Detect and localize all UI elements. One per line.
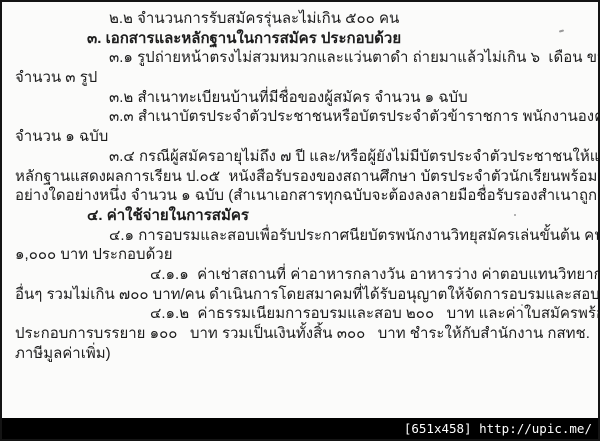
text-line: ๓.๒ สำเนาทะเบียนบ้านที่มีชื่อของผู้สมัคร…	[109, 88, 590, 108]
document-text: ๒.๒ จำนวนการรับสมัครรุ่นละไม่เกิน ๕๐๐ คน…	[2, 2, 598, 418]
scan-speck	[521, 304, 523, 306]
text-line: ๒.๒ จำนวนการรับสมัครรุ่นละไม่เกิน ๕๐๐ คน	[109, 9, 590, 29]
text-line: ๓.๓ สำเนาบัตรประจำตัวประชาชนหรือบัตรประจ…	[109, 107, 590, 127]
scanned-document-page: ๒.๒ จำนวนการรับสมัครรุ่นละไม่เกิน ๕๐๐ คน…	[0, 0, 600, 441]
watermark-text: [651x458] http://upic.me/	[404, 421, 592, 436]
text-line: ๔.๑ การอบรมและสอบเพื่อรับประกาศนียบัตรพน…	[109, 226, 590, 246]
text-line: ประกอบการบรรยาย ๑๐๐ บาท รวมเป็นเงินทั้งส…	[15, 324, 590, 344]
text-line: ๔.๑.๑ ค่าเช่าสถานที่ ค่าอาหารกลางวัน อาห…	[150, 265, 590, 285]
text-line: ภาษีมูลค่าเพิ่ม)	[15, 344, 590, 364]
text-line: จำนวน ๓ รูป	[15, 68, 590, 88]
text-line: อย่างใดอย่างหนึ่ง จำนวน ๑ ฉบับ (สำเนาเอก…	[15, 186, 590, 206]
text-line: ๓. เอกสารและหลักฐานในการสมัคร ประกอบด้วย	[87, 29, 590, 49]
scan-speck	[514, 214, 516, 216]
text-line: ๑,๐๐๐ บาท ประกอบด้วย	[15, 245, 590, 265]
text-line: ๔.๑.๒ ค่าธรรมเนียมการอบรมและสอบ ๒๐๐ บาท …	[150, 304, 590, 324]
text-line: ๓.๔ กรณีผู้สมัครอายุไม่ถึง ๗ ปี และ/หรือ…	[109, 147, 590, 167]
text-line: อื่นๆ รวมไม่เกิน ๗๐๐ บาท/คน ดำเนินการโดย…	[15, 285, 590, 305]
text-line: หลักฐานแสดงผลการเรียน ป.๐๕ หนังสือรับรอง…	[15, 167, 590, 187]
text-line: จำนวน ๑ ฉบับ	[15, 127, 590, 147]
watermark-bar: [651x458] http://upic.me/	[2, 418, 598, 439]
text-line: ๓.๑ รูปถ่ายหน้าตรงไม่สวมหมวกและแว่นตาดำ …	[109, 48, 590, 68]
